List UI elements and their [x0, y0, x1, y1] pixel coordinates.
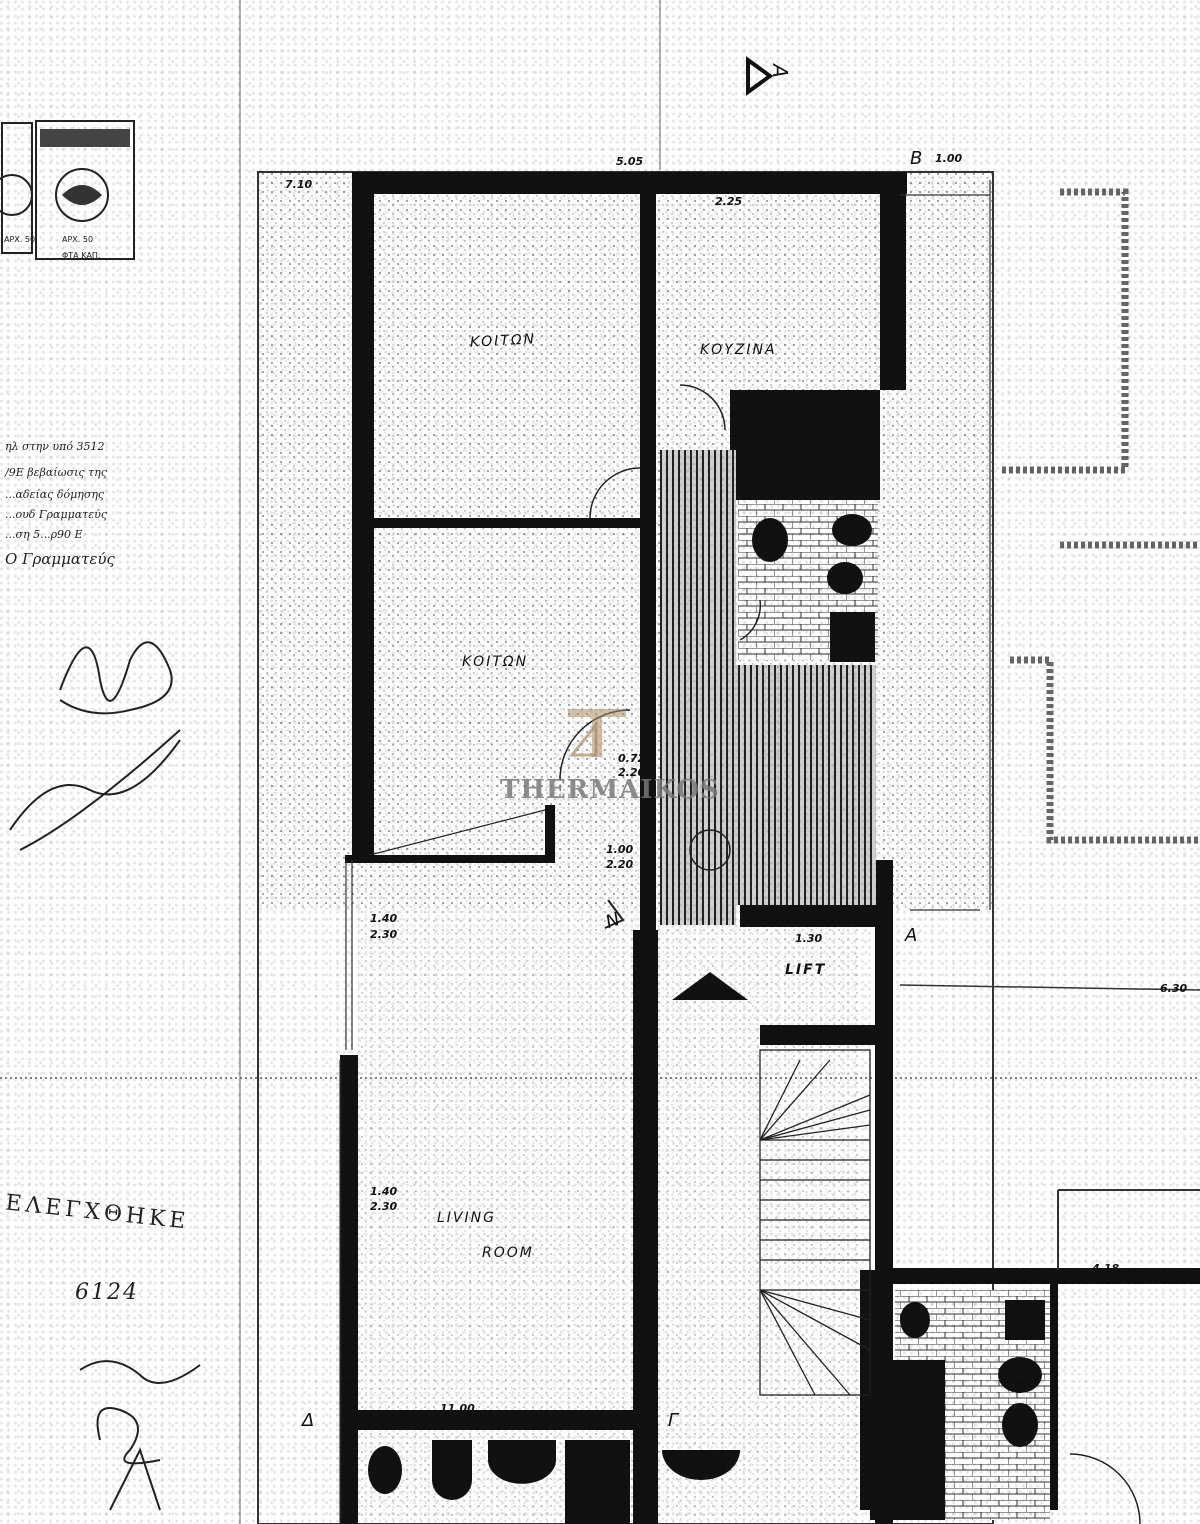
approval-signature	[60, 1320, 250, 1520]
signature-scribbles	[0, 590, 230, 870]
handwritten-note-2: /9Ε βεβαίωσις της	[5, 466, 107, 479]
dimension-lift: 1.30	[795, 932, 822, 945]
section-marker-a-right: A	[905, 925, 919, 946]
stamp-line-2: ΑΡΧ. 50	[62, 235, 93, 244]
official-stamp: ΑΡΧ. 50 ΑΡΧ. 50 ΦΤΑ ΚΑΠ.	[0, 115, 140, 265]
stamp-line-1: ΑΡΧ. 50	[4, 235, 35, 244]
handwritten-note-4: ...ουδ Γραμματεύς	[5, 508, 107, 521]
dimension-kitchen-top: 2.25	[715, 195, 742, 208]
section-marker-delta: Δ	[302, 1410, 316, 1431]
handwritten-note-1: ηλ στην υπό 3512	[5, 440, 104, 453]
approval-stamp-number: 6124	[75, 1280, 139, 1305]
room-label-lift: LIFT	[785, 962, 826, 978]
room-label-bedroom-2: ΚΟΙΤΩΝ	[462, 654, 528, 670]
handwritten-note-5: ...ση 5...ρ90 Ε	[5, 528, 83, 541]
watermark-logo-icon	[566, 705, 628, 760]
room-label-room: ROOM	[482, 1245, 534, 1261]
room-label-living: LIVING	[437, 1210, 496, 1226]
dimension-balcony: 1.00	[935, 152, 962, 165]
dimension-window-left-b: 2.30	[370, 928, 397, 941]
section-marker-a-top: A	[768, 64, 792, 80]
dimension-top-left: 7.10	[285, 178, 312, 191]
stamp-line-3: ΦΤΑ ΚΑΠ.	[62, 251, 100, 260]
watermark-text: THERMAIKOS	[500, 775, 720, 805]
room-label-kitchen: ΚΟΥΖΙΝΑ	[700, 342, 777, 358]
dimension-top-width: 5.05	[616, 155, 643, 168]
handwritten-signature: Ο Γραμματεύς	[5, 550, 115, 568]
section-marker-b: B	[910, 148, 924, 169]
dimension-right-extent: 6.30	[1160, 982, 1187, 995]
floor-plan: ΚΟΙΤΩΝ ΚΟΥΖΙΝΑ ΚΟΙΤΩΝ LIVING ROOM LIFT 5…	[0, 0, 1200, 1524]
dimension-bottom-width: 11.00	[440, 1402, 475, 1415]
handwritten-note-3: ...αδείας δόμησης	[5, 488, 104, 501]
dimension-window-left-a: 1.40	[370, 912, 397, 925]
dimension-right-wing: 4.18	[1092, 1262, 1119, 1275]
dimension-window-living-b: 2.30	[370, 1200, 397, 1213]
section-marker-gamma: Γ	[668, 1410, 680, 1431]
dimension-door-a: 1.00	[606, 843, 633, 856]
dimension-door-b: 2.20	[606, 858, 633, 871]
dimension-window-living-a: 1.40	[370, 1185, 397, 1198]
